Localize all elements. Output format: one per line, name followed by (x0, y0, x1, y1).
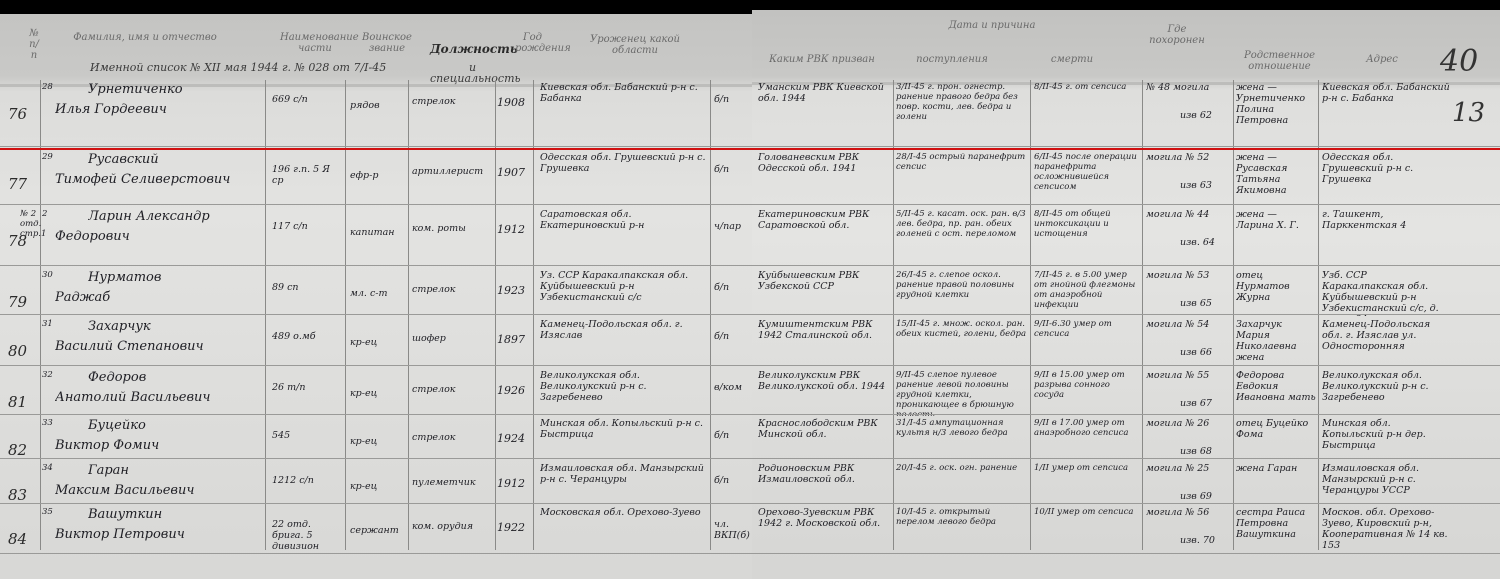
cell-rvk: Куйбышевским РВК Узбекской ССР (758, 270, 890, 292)
cell-relative: сестра Раиса Петровна Вашуткина (1236, 507, 1316, 540)
cell-given: Виктор Фомич (55, 436, 260, 455)
cell-wound: 3/II-45 г. прон. огнестр. ранение правог… (896, 82, 1028, 122)
header-enlisted: Каким РВК призван (762, 54, 882, 65)
cell-death: 7/II-45 г. в 5.00 умер от гнойной флегмо… (1034, 270, 1140, 310)
header-relatives: Родственное отношение (1232, 50, 1327, 72)
cell-year: 1912 (497, 477, 531, 490)
header-no: № п/п (28, 28, 40, 61)
cell-rvk: Краснослободским РВК Минской обл. (758, 418, 890, 440)
cell-burial: могила № 55 (1146, 370, 1232, 381)
cell-relative: Захарчук Мария Николаевна жена (1236, 319, 1316, 363)
cell-wound: 15/II-45 г. множ. оскол. ран. обеих кист… (896, 319, 1028, 339)
header-birthplace: Уроженец какой области (570, 34, 700, 56)
row-separator (0, 553, 1500, 554)
cell-relative: жена — Ларина Х. Г. (1236, 209, 1316, 231)
cell-burial: № 48 могила (1146, 82, 1232, 93)
cell-row: 77 (8, 178, 38, 191)
cell-mark: б/п (714, 164, 750, 175)
cell-row: 84 (8, 533, 38, 546)
cell-relative: отец Нурматов Журна (1236, 270, 1316, 303)
cell-burial: могила № 54 (1146, 319, 1232, 330)
cell-wound: 20/I-45 г. оск. огн. ранение (896, 463, 1028, 473)
cell-rank: рядов (350, 100, 406, 111)
cell-list-no: 28 (42, 82, 62, 92)
row-separator (0, 503, 1500, 504)
cell-burial: могила № 44 (1146, 209, 1232, 220)
cell-row: 82 (8, 444, 38, 457)
cell-address: Одесская обл. Грушевский р-н с. Грушевка (1322, 152, 1452, 185)
cell-rvk: Екатериновским РВК Саратовской обл. (758, 209, 890, 231)
cell-address: Киевская обл. Бабанский р-н с. Бабанка (1322, 82, 1452, 104)
cell-death: 9/II-6.30 умер от сепсиса (1034, 319, 1140, 339)
cell-year: 1926 (497, 384, 531, 397)
header-name: Фамилия, имя и отчество (70, 32, 220, 43)
cell-address: Каменец-Подольская обл. г. Изяслав ул. О… (1322, 319, 1452, 352)
cell-given: Раджаб (55, 288, 260, 307)
cell-burial: могила № 26 (1146, 418, 1232, 429)
cell-list-no: 31 (42, 319, 62, 329)
cell-surname: Гаран (88, 461, 263, 480)
cell-burial: могила № 53 (1146, 270, 1232, 281)
cell-rvk: Орехово-Зуевским РВК 1942 г. Московской … (758, 507, 890, 529)
row-separator (0, 204, 1500, 205)
header-wounded: поступления (892, 54, 1012, 65)
header-year: Год рождения (515, 32, 550, 54)
row-separator (0, 365, 1500, 366)
header-died: смерти (1022, 54, 1122, 65)
cell-list-no: 33 (42, 418, 62, 428)
cell-burial-ref: изв 62 (1180, 110, 1232, 121)
cell-given: Федорович (55, 227, 260, 246)
cell-rank: мл. с-т (350, 288, 406, 299)
row-separator (0, 458, 1500, 459)
cell-address: Москов. обл. Орехово-Зуево, Кировский р-… (1322, 507, 1452, 551)
cell-side-note: № 2 отд. стр.1 (20, 209, 52, 239)
cell-unit: 89 сп (272, 282, 342, 293)
cell-mark: в/ком (714, 382, 750, 393)
cell-birthplace: Каменец-Подольская обл. г. Изяслав (540, 319, 708, 341)
cell-surname: Ларин Александр (88, 207, 263, 226)
page-number: 40 (1440, 44, 1478, 79)
cell-unit: 1212 с/п (272, 475, 342, 486)
cell-relative: жена — Русавская Татьяна Якимовна (1236, 152, 1316, 196)
cell-mark: б/п (714, 475, 750, 486)
cell-rank: кр-ец (350, 481, 406, 492)
cell-given: Максим Васильевич (55, 481, 260, 500)
row-separator (0, 414, 1500, 415)
cell-position: ком. орудия (412, 521, 494, 532)
header-rank: Воинское звание (362, 32, 412, 54)
cell-death: 10/II умер от сепсиса (1034, 507, 1140, 517)
cell-row: 81 (8, 396, 38, 409)
cell-unit: 545 (272, 430, 342, 441)
cell-year: 1923 (497, 284, 531, 297)
cell-given: Виктор Петрович (55, 525, 260, 544)
header-address: Адрес (1342, 54, 1422, 65)
cell-relative: Федорова Евдокия Ивановна мать (1236, 370, 1316, 403)
cell-given: Илья Гордеевич (55, 100, 260, 119)
cell-position: стрелок (412, 284, 494, 295)
row-separator (0, 146, 1500, 147)
cell-address: г. Ташкент, Парккентская 4 (1322, 209, 1452, 231)
cell-rvk: Голованевским РВК Одесской обл. 1941 (758, 152, 890, 174)
cell-surname: Федоров (88, 368, 263, 387)
header-position: Должность (430, 44, 510, 55)
cell-row: 79 (8, 296, 38, 309)
cell-wound: 26/I-45 г. слепое оскол. ранение правой … (896, 270, 1028, 300)
cell-burial-ref: изв 67 (1180, 398, 1232, 409)
row-separator (0, 314, 1500, 315)
cell-given: Тимофей Селиверстович (55, 170, 260, 189)
cell-relative: жена Гаран (1236, 463, 1316, 474)
cell-rank: кр-ец (350, 337, 406, 348)
cell-burial-ref: изв 65 (1180, 298, 1232, 309)
cell-burial: могила № 25 (1146, 463, 1232, 474)
cell-year: 1907 (497, 166, 531, 179)
cell-birthplace: Измаиловская обл. Манзырский р-н с. Чера… (540, 463, 708, 485)
cell-burial-ref: изв. 70 (1180, 535, 1232, 546)
cell-burial-ref: изв 69 (1180, 491, 1232, 502)
cell-mark: б/п (714, 94, 750, 105)
cell-death: 6/II-45 после операции паранефрита ослож… (1034, 152, 1140, 192)
cell-year: 1897 (497, 333, 531, 346)
cell-unit: 669 с/п (272, 94, 342, 105)
cell-unit: 489 о.мб (272, 331, 342, 342)
cell-address: Узб. ССР Каракалпакская обл. Куйбышевски… (1322, 270, 1452, 316)
cell-death: 9/II в 17.00 умер от анаэробного сепсиса (1034, 418, 1140, 438)
cell-mark: б/п (714, 282, 750, 293)
cell-wound: 5/II-45 г. касат. оск. ран. в/3 лев. бед… (896, 209, 1028, 239)
cell-given: Василий Степанович (55, 337, 260, 356)
header-position-note: и специальность (430, 62, 515, 84)
cell-address: Минская обл. Копыльский р-н дер. Быстриц… (1322, 418, 1452, 451)
cell-unit: 26 т/п (272, 382, 342, 393)
cell-rvk: Родионовским РВК Измаиловской обл. (758, 463, 890, 485)
cell-wound: 10/I-45 г. открытый перелом левого бедра (896, 507, 1028, 527)
cell-burial-ref: изв. 64 (1180, 237, 1232, 248)
cell-mark: ч/пар (714, 221, 750, 232)
cell-given: Анатолий Васильевич (55, 388, 260, 407)
cell-burial-ref: изв 66 (1180, 347, 1232, 358)
cell-position: пулеметчик (412, 477, 494, 488)
cell-mark: чл. ВКП(б) (714, 519, 750, 541)
cell-relative: отец Буцейко Фома (1236, 418, 1316, 440)
cell-address: Великолукская обл. Великолукский р-н с. … (1322, 370, 1452, 403)
cell-row: 76 (8, 108, 38, 121)
list-title: Именной список № XII мая 1944 г. № 028 о… (90, 62, 420, 73)
header-dates: Дата и причина (902, 20, 1082, 31)
cell-birthplace: Одесская обл. Грушевский р-н с. Грушевка (540, 152, 708, 174)
cell-position: артиллерист (412, 166, 494, 177)
cell-surname: Захарчук (88, 317, 263, 336)
cell-unit: 22 отд. брига. 5 дивизион (272, 519, 342, 552)
cell-birthplace: Киевская обл. Бабанский р-н с. Бабанка (540, 82, 708, 104)
cell-address: Измаиловская обл. Манзырский р-н с. Чера… (1322, 463, 1452, 496)
cell-list-no: 34 (42, 463, 62, 473)
cell-position: стрелок (412, 432, 494, 443)
cell-mark: б/п (714, 430, 750, 441)
cell-position: шофер (412, 333, 494, 344)
cell-unit: 117 с/п (272, 221, 342, 232)
cell-row: 83 (8, 489, 38, 502)
cell-unit: 196 г.п. 5 Я ср (272, 164, 342, 186)
cell-burial: могила № 56 (1146, 507, 1232, 518)
cell-position: стрелок (412, 96, 494, 107)
header-buried: Где похоронен (1142, 24, 1212, 46)
cell-year: 1912 (497, 223, 531, 236)
cell-death: 1/II умер от сепсиса (1034, 463, 1140, 473)
cell-surname: Буцейко (88, 416, 263, 435)
cell-birthplace: Минская обл. Копыльский р-н с. Быстрица (540, 418, 708, 440)
row-separator (0, 265, 1500, 266)
cell-list-no: 30 (42, 270, 62, 280)
header-unit: Наименование части (280, 32, 350, 54)
cell-rank: кр-ец (350, 436, 406, 447)
cell-position: стрелок (412, 384, 494, 395)
cell-death: 8/II-45 г. от сепсиса (1034, 82, 1140, 92)
red-guide-line (0, 148, 1500, 150)
cell-birthplace: Уз. ССР Каракалпакская обл. Куйбышевский… (540, 270, 708, 303)
cell-surname: Урнетиченко (88, 80, 263, 99)
cell-birthplace: Великолукская обл. Великолукский р-н с. … (540, 370, 708, 403)
cell-surname: Нурматов (88, 268, 263, 287)
cell-position: ком. роты (412, 223, 494, 234)
cell-year: 1922 (497, 521, 531, 534)
cell-surname: Русавский (88, 150, 263, 169)
cell-surname: Вашуткин (88, 505, 263, 524)
cell-rvk: Кумиштентским РВК 1942 Сталинской обл. (758, 319, 890, 341)
cell-year: 1908 (497, 96, 531, 109)
cell-rank: капитан (350, 227, 406, 238)
cell-wound: 28/I-45 острый паранефрит сепсис (896, 152, 1028, 172)
cell-rank: кр-ец (350, 388, 406, 399)
cell-birthplace: Московская обл. Орехово-Зуево (540, 507, 708, 518)
cell-wound: 9/II-45 слепое пулевое ранение левой пол… (896, 370, 1028, 416)
cell-death: 9/II в 15.00 умер от разрыва сонного сос… (1034, 370, 1140, 400)
cell-rank: ефр-р (350, 170, 406, 181)
cell-burial: могила № 52 (1146, 152, 1232, 163)
cell-rank: сержант (350, 525, 406, 536)
cell-wound: 31/I-45 ампутационная культя н/3 левого … (896, 418, 1028, 438)
cell-burial-ref: изв 68 (1180, 446, 1232, 457)
cell-death: 8/II-45 от общей интоксикации и истощени… (1034, 209, 1140, 239)
cell-mark: б/п (714, 331, 750, 342)
cell-rvk: Уманским РВК Киевской обл. 1944 (758, 82, 890, 104)
cell-birthplace: Саратовская обл. Екатериновский р-н (540, 209, 708, 231)
cell-year: 1924 (497, 432, 531, 445)
cell-list-no: 29 (42, 152, 62, 162)
cell-row: 80 (8, 345, 38, 358)
cell-list-no: 35 (42, 507, 62, 517)
cell-burial-ref: изв 63 (1180, 180, 1232, 191)
cell-relative: жена — Урнетиченко Полина Петровна (1236, 82, 1316, 126)
continuation-number: 13 (1452, 98, 1485, 128)
cell-list-no: 32 (42, 370, 62, 380)
cell-rvk: Великолукским РВК Великолукской обл. 194… (758, 370, 890, 392)
